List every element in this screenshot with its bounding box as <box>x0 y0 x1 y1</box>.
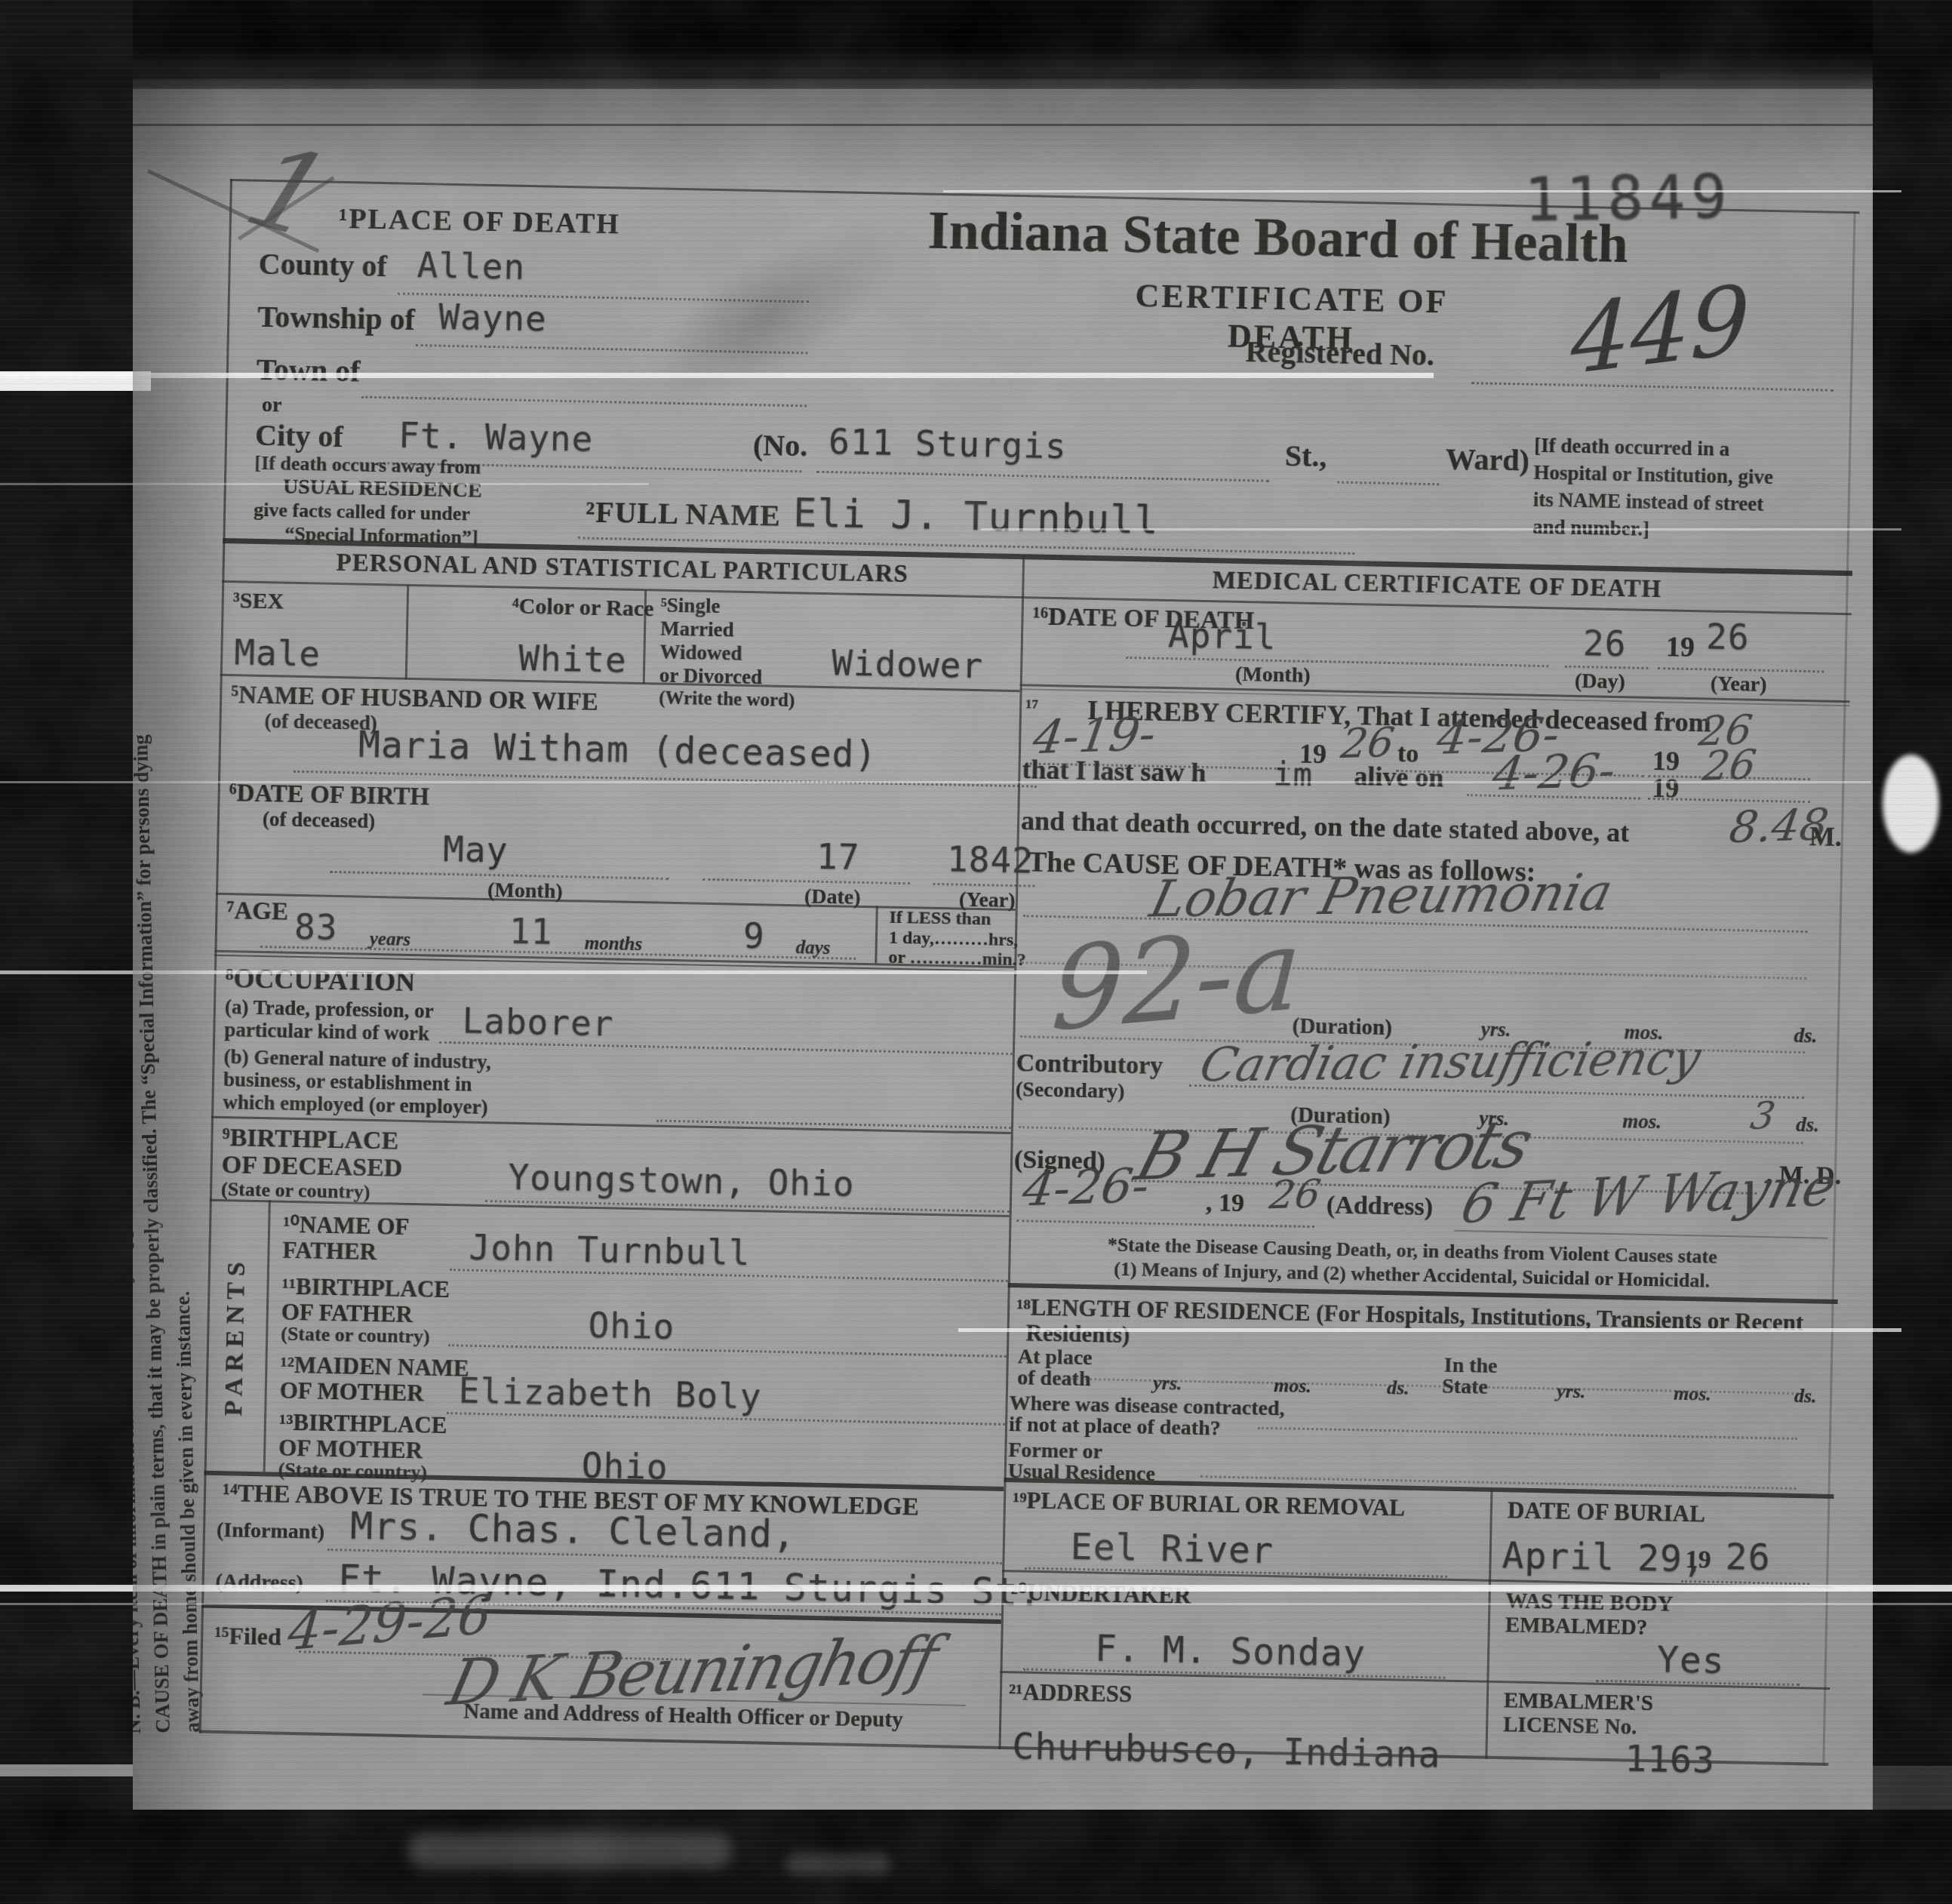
father-bp-sub: (State or country) <box>281 1323 430 1349</box>
death-time-suffix: M. <box>1809 820 1843 853</box>
physician-address-rule <box>1454 1230 1828 1239</box>
contributory-label: Contributory <box>1016 1049 1163 1081</box>
dob-year-line <box>933 848 1035 887</box>
scanner-band-left <box>0 0 133 1904</box>
town-line <box>361 361 807 408</box>
stamp-number: 11849 <box>1523 161 1732 235</box>
signed-date: 4-26- <box>1019 1159 1152 1219</box>
father-name-line2: FATHER <box>282 1237 377 1266</box>
informant-addr-label: (Address) <box>215 1570 303 1595</box>
last-saw-him: im <box>1273 755 1314 793</box>
mother-name-line2: OF MOTHER <box>279 1377 424 1407</box>
embalmed-rule <box>1596 1650 1800 1686</box>
mother-name-rule <box>447 1380 1006 1426</box>
duration2-ds: ds. <box>1796 1113 1819 1137</box>
mother-bp-sub: (State or country) <box>278 1459 427 1484</box>
scanner-band-bottom <box>0 1810 1952 1904</box>
informant-label: (Informant) <box>217 1518 325 1545</box>
ward-line <box>1337 447 1440 486</box>
scan-streak-dark3 <box>0 124 1952 126</box>
filed-label: ¹⁵Filed <box>214 1622 281 1651</box>
sex-label: ³SEX <box>232 588 284 614</box>
residence-note-line4: “Special Information”] <box>253 521 510 550</box>
street-st-label: St., <box>1284 438 1327 474</box>
dod-month-rule <box>1126 623 1549 667</box>
license-value: 1163 <box>1625 1738 1716 1782</box>
street-no-label: (No. <box>753 427 808 463</box>
death-certificate-scan: N. B.—Every item of information should b… <box>0 0 1952 1904</box>
sex-row-divider1 <box>405 586 409 679</box>
embalmed-label-line2: EMBALMED? <box>1505 1613 1648 1641</box>
spouse-line <box>294 736 1037 788</box>
burial-label: ¹⁹PLACE OF BURIAL OR REMOVAL <box>1013 1487 1405 1521</box>
last-saw-pre: that I last saw h <box>1022 753 1207 789</box>
father-name-rule <box>450 1237 1009 1282</box>
duration2-mos: mos. <box>1622 1109 1662 1133</box>
undertaker-label: ²⁰UNDERTAKER <box>1010 1579 1191 1610</box>
parents-inner-line <box>263 1200 271 1472</box>
scanner-band-right <box>1873 0 1952 1904</box>
last-saw-year: 26 <box>1700 741 1759 790</box>
marital-label: ⁵Single Married Widowed or Divorced (Wri… <box>659 594 797 712</box>
county-label: County of <box>258 246 387 284</box>
ifless-line1: If LESS than <box>889 908 991 930</box>
occ-a-line <box>439 1010 1013 1055</box>
dod-day-rule <box>1565 632 1649 669</box>
last-saw-post: alive on <box>1354 760 1444 793</box>
town-label: Town of <box>256 352 360 389</box>
street-line <box>816 436 1270 482</box>
occupation-label: ⁸OCCUPATION <box>225 962 415 998</box>
certificate-form: 1 ¹PLACE OF DEATH Indiana State Board of… <box>198 179 1860 1789</box>
occ-b-line <box>656 1090 1012 1129</box>
contracted-line2: if not at place of death? <box>1009 1413 1221 1441</box>
dod-year-cap: (Year) <box>1711 672 1767 697</box>
usual-residence-note: [If death occurs away from USUAL RESIDEN… <box>253 451 511 550</box>
dob-sub: (of deceased) <box>263 807 376 833</box>
officer-caption: Name and Address of Health Officer or De… <box>463 1699 903 1733</box>
marital-line3: Widowed <box>659 641 796 667</box>
sex-value: Male <box>234 632 321 674</box>
father-name-line1: ¹⁰NAME OF <box>283 1211 410 1241</box>
marital-value: Widower <box>832 642 984 686</box>
ward-label: Ward) <box>1445 441 1529 478</box>
duration2-days-value: 3 <box>1748 1094 1778 1139</box>
place-of-death-label: ¹PLACE OF DEATH <box>339 202 621 241</box>
dob-day-line <box>702 844 911 885</box>
dod-month-cap: (Month) <box>1235 663 1311 688</box>
registered-label: Registered No. <box>1245 334 1434 373</box>
undertaker-address-value: Churubusco, Indiana <box>1012 1725 1441 1776</box>
township-line <box>416 309 809 354</box>
duration-ds: ds. <box>1794 1024 1817 1048</box>
full-name-line <box>578 499 1356 555</box>
marital-line2: Married <box>660 617 797 644</box>
burial-date-rule <box>1681 1550 1810 1585</box>
residence-label-line2: Residents) <box>1025 1319 1130 1349</box>
dod-year-rule <box>1658 634 1824 672</box>
signed-year-prefix: , 19 <box>1206 1189 1245 1218</box>
occ-b-line3: which employed (or employer) <box>223 1090 488 1119</box>
secondary-label: (Secondary) <box>1016 1078 1125 1104</box>
scan-streak-dark2 <box>0 72 1660 78</box>
marital-line5: (Write the word) <box>659 687 795 712</box>
burial-date-value: April 29, <box>1502 1534 1705 1580</box>
father-bp-rule <box>448 1312 1007 1358</box>
occ-a-line2: particular kind of work <box>224 1018 429 1045</box>
license-label-line1: EMBALMER'S <box>1504 1688 1654 1716</box>
township-label: Township of <box>257 299 416 337</box>
race-value: White <box>518 638 628 681</box>
age-cell-divider <box>875 906 878 963</box>
undertaker-address-label: ²¹ADDRESS <box>1009 1678 1133 1708</box>
license-label-line2: LICENSE No. <box>1503 1712 1637 1740</box>
parents-label: PARENTS <box>220 1265 251 1416</box>
hospital-note: [If death occurred in a Hospital or Inst… <box>1532 432 1852 546</box>
death-occurred-text: and that death occurred, on the date sta… <box>1021 804 1630 848</box>
burial-vline <box>1485 1487 1492 1759</box>
dob-label: ⁶DATE OF BIRTH <box>229 780 429 811</box>
burial-date-label: DATE OF BURIAL <box>1508 1496 1705 1527</box>
or-label: or <box>262 393 282 418</box>
dob-month-line <box>330 836 670 880</box>
signed-year: 26 <box>1267 1172 1323 1219</box>
ledger-mark: 1 <box>230 121 347 263</box>
scan-streak-dark1 <box>0 23 1952 35</box>
dod-day-cap: (Day) <box>1575 669 1626 694</box>
bottom-smudge2 <box>785 1853 890 1875</box>
hospital-note-line4: and number.] <box>1532 513 1850 546</box>
signed-addr-label: (Address) <box>1326 1191 1434 1222</box>
contracted-rule <box>1258 1423 1797 1440</box>
white-streak-3 <box>943 190 1901 192</box>
marital-line1: ⁵Single <box>660 594 797 620</box>
city-label: City of <box>255 417 344 454</box>
informant-rule <box>327 1515 1004 1564</box>
registered-number: 449 <box>1570 264 1751 396</box>
bottom-smudge1 <box>407 1832 732 1869</box>
race-label: ⁴Color or Race <box>512 594 653 623</box>
